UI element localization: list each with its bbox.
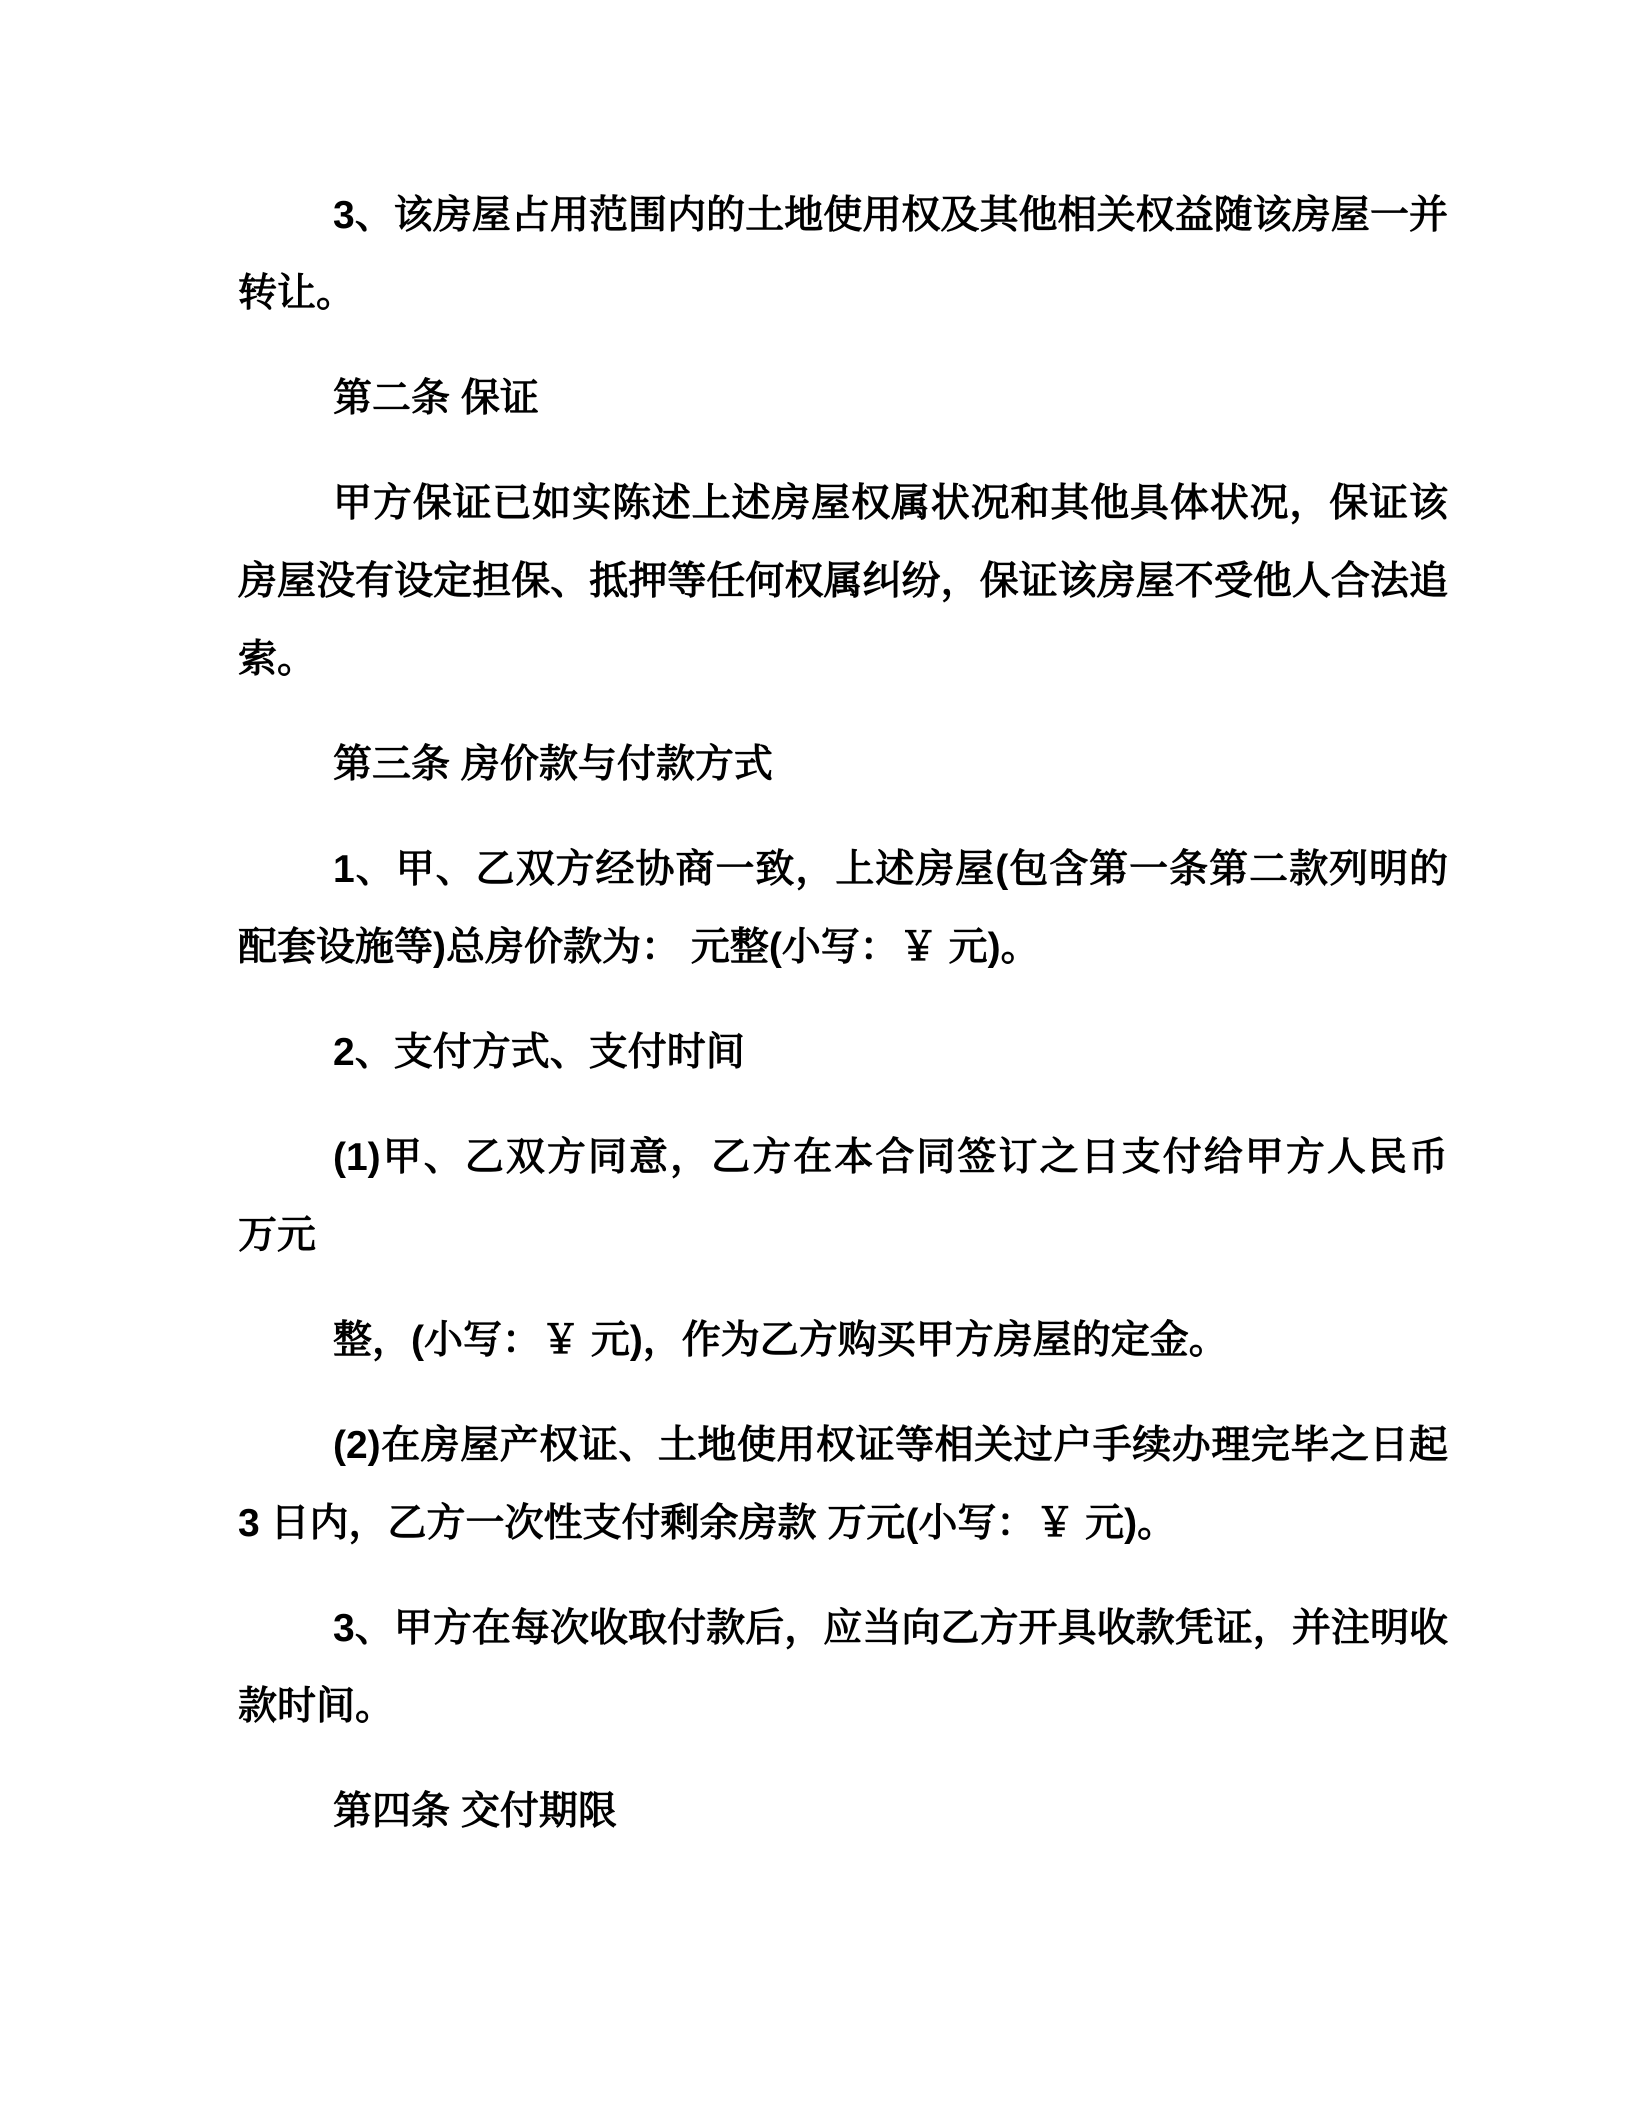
paragraph-article-3-item-1-total-price: 1、甲、乙双方经协商一致，上述房屋(包含第一条第二款列明的配套设施等)总房价款为… xyxy=(238,831,1448,987)
paragraph-clause-transfer-land-rights: 3、该房屋占用范围内的土地使用权及其他相关权益随该房屋一并转让。 xyxy=(238,177,1448,333)
paragraph-article-3-item-3-receipt: 3、甲方在每次收取付款后，应当向乙方开具收款凭证，并注明收款时间。 xyxy=(238,1590,1448,1746)
paragraph-article-3-item-2-1-deposit-intro: (1)甲、乙双方同意，乙方在本合同签订之日支付给甲方人民币 万元 xyxy=(238,1119,1448,1275)
paragraph-article-3-item-2-payment-method: 2、支付方式、支付时间 xyxy=(238,1014,1448,1092)
paragraph-article-3-item-2-2-remaining-payment: (2)在房屋产权证、土地使用权证等相关过户手续办理完毕之日起 3 日内，乙方一次… xyxy=(238,1407,1448,1563)
heading-article-4-delivery-deadline: 第四条 交付期限 xyxy=(238,1773,1448,1851)
contract-document-page: 3、该房屋占用范围内的土地使用权及其他相关权益随该房屋一并转让。 第二条 保证 … xyxy=(238,177,1448,1878)
paragraph-article-3-item-2-1-deposit-amount: 整，(小写：￥ 元)，作为乙方购买甲方房屋的定金。 xyxy=(238,1302,1448,1380)
heading-article-3-price-and-payment: 第三条 房价款与付款方式 xyxy=(238,726,1448,804)
paragraph-article-2-guarantee-body: 甲方保证已如实陈述上述房屋权属状况和其他具体状况，保证该房屋没有设定担保、抵押等… xyxy=(238,465,1448,699)
heading-article-2-guarantee: 第二条 保证 xyxy=(238,360,1448,438)
